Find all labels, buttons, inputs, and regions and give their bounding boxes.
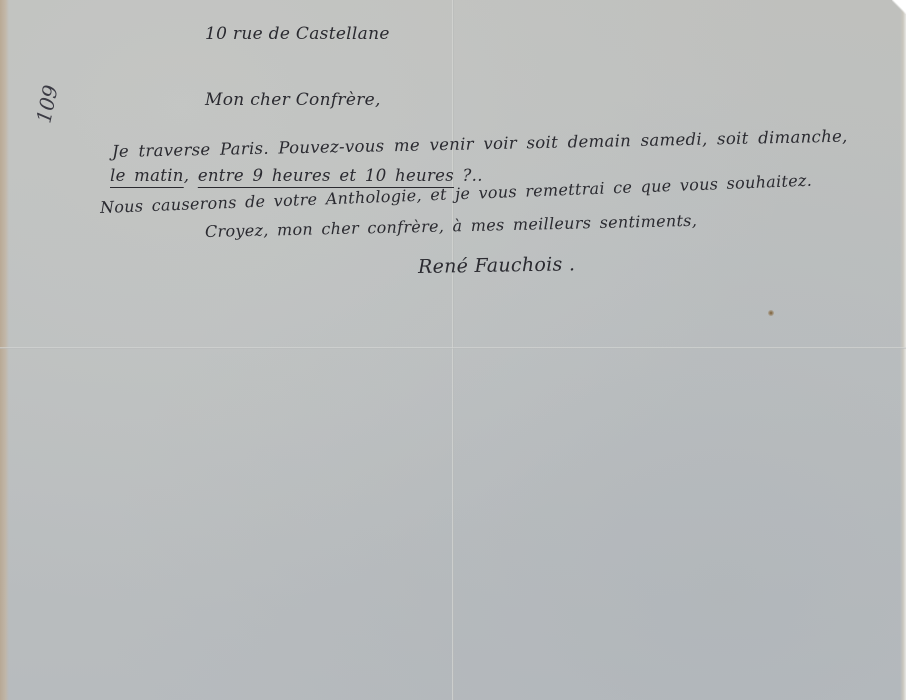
letter-address: 10 rue de Castellane [205,24,390,44]
horizontal-fold-line [0,347,906,349]
letter-sheet: 109 10 rue de Castellane Mon cher Confrè… [0,0,906,700]
letter-salutation: Mon cher Confrère, [205,90,381,110]
letter-body-line-2: le matin, entre 9 heures et 10 heures ?.… [110,166,483,185]
separator: , [184,166,198,185]
letter-signature: René Fauchois . [418,253,576,278]
letter-body-line-1: Je traverse Paris. Pouvez-vous me venir … [112,127,848,161]
underlined-phrase-hours: entre 9 heures et 10 heures [198,166,454,185]
underlined-phrase-morning: le matin [110,166,184,185]
paper-edge-right [900,0,906,700]
vertical-fold-line [452,0,454,700]
paper-corner [892,0,906,14]
paper-edge-left [0,0,9,700]
line-tail: ?.. [454,166,483,185]
foxing-spot [768,310,774,316]
margin-folio-number: 109 [31,83,62,125]
